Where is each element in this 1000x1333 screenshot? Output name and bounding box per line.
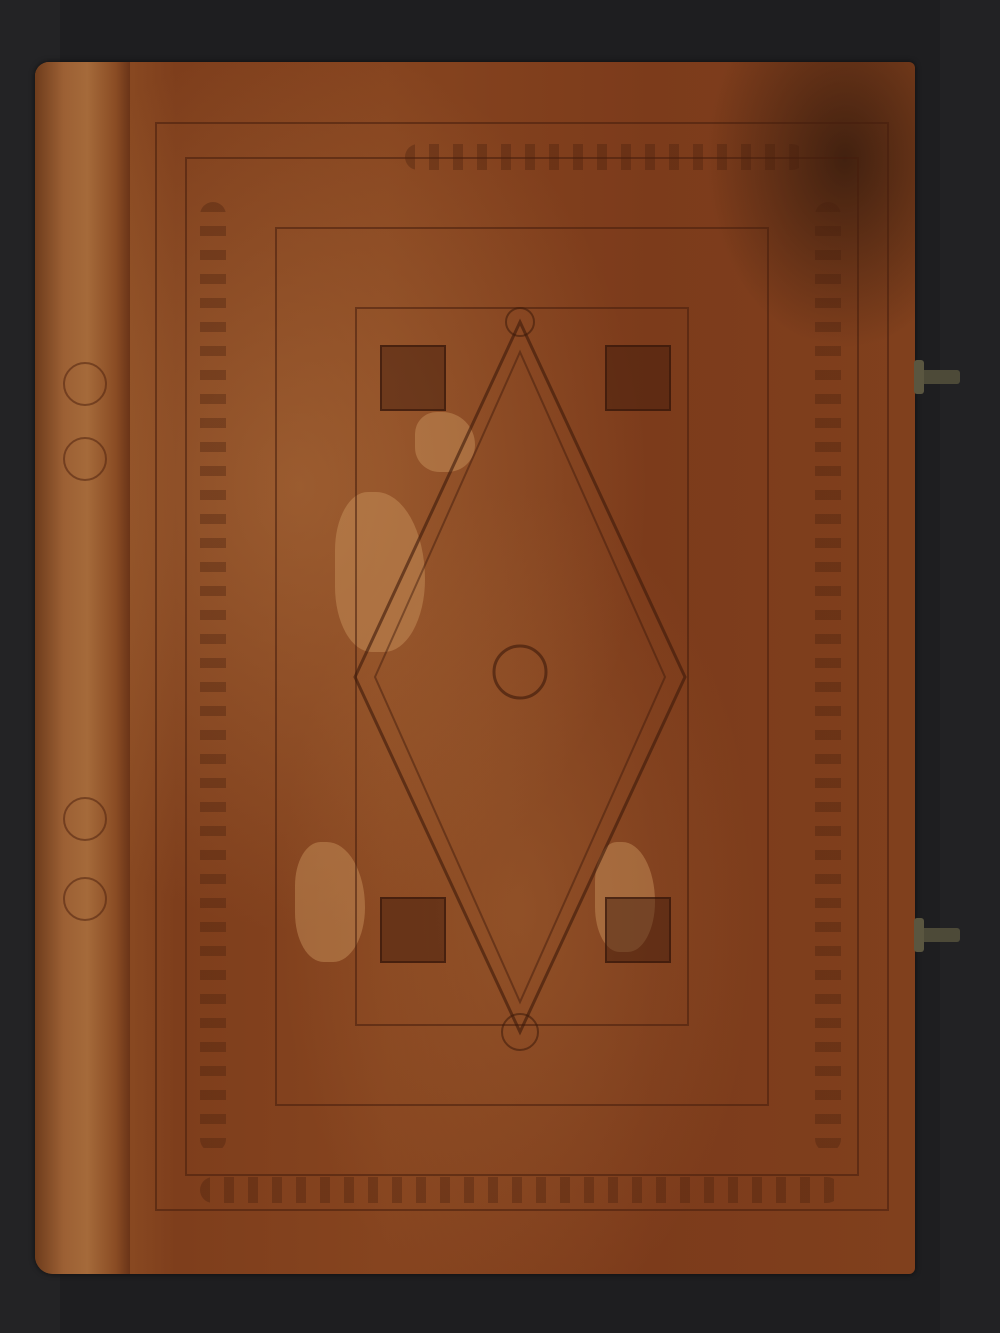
top-roll-border (405, 144, 805, 170)
spine-ornament (63, 797, 107, 841)
spine-ornament (63, 437, 107, 481)
central-lozenge (520, 322, 521, 323)
left-roll-border (200, 202, 226, 1152)
book-spine (35, 62, 130, 1274)
corner-stamp-bottom-right (605, 897, 671, 963)
spine-ornament (63, 362, 107, 406)
clasp-pin-bottom (920, 928, 960, 942)
corner-stamp-bottom-left (380, 897, 446, 963)
backdrop-right (940, 0, 1000, 1333)
spine-ornament (63, 877, 107, 921)
corner-stamp-top-right (605, 345, 671, 411)
corner-stamp-top-left (380, 345, 446, 411)
bottom-roll-border (200, 1177, 840, 1203)
book-cover (35, 62, 915, 1274)
right-roll-border (815, 202, 841, 1152)
clasp-pin-top (920, 370, 960, 384)
